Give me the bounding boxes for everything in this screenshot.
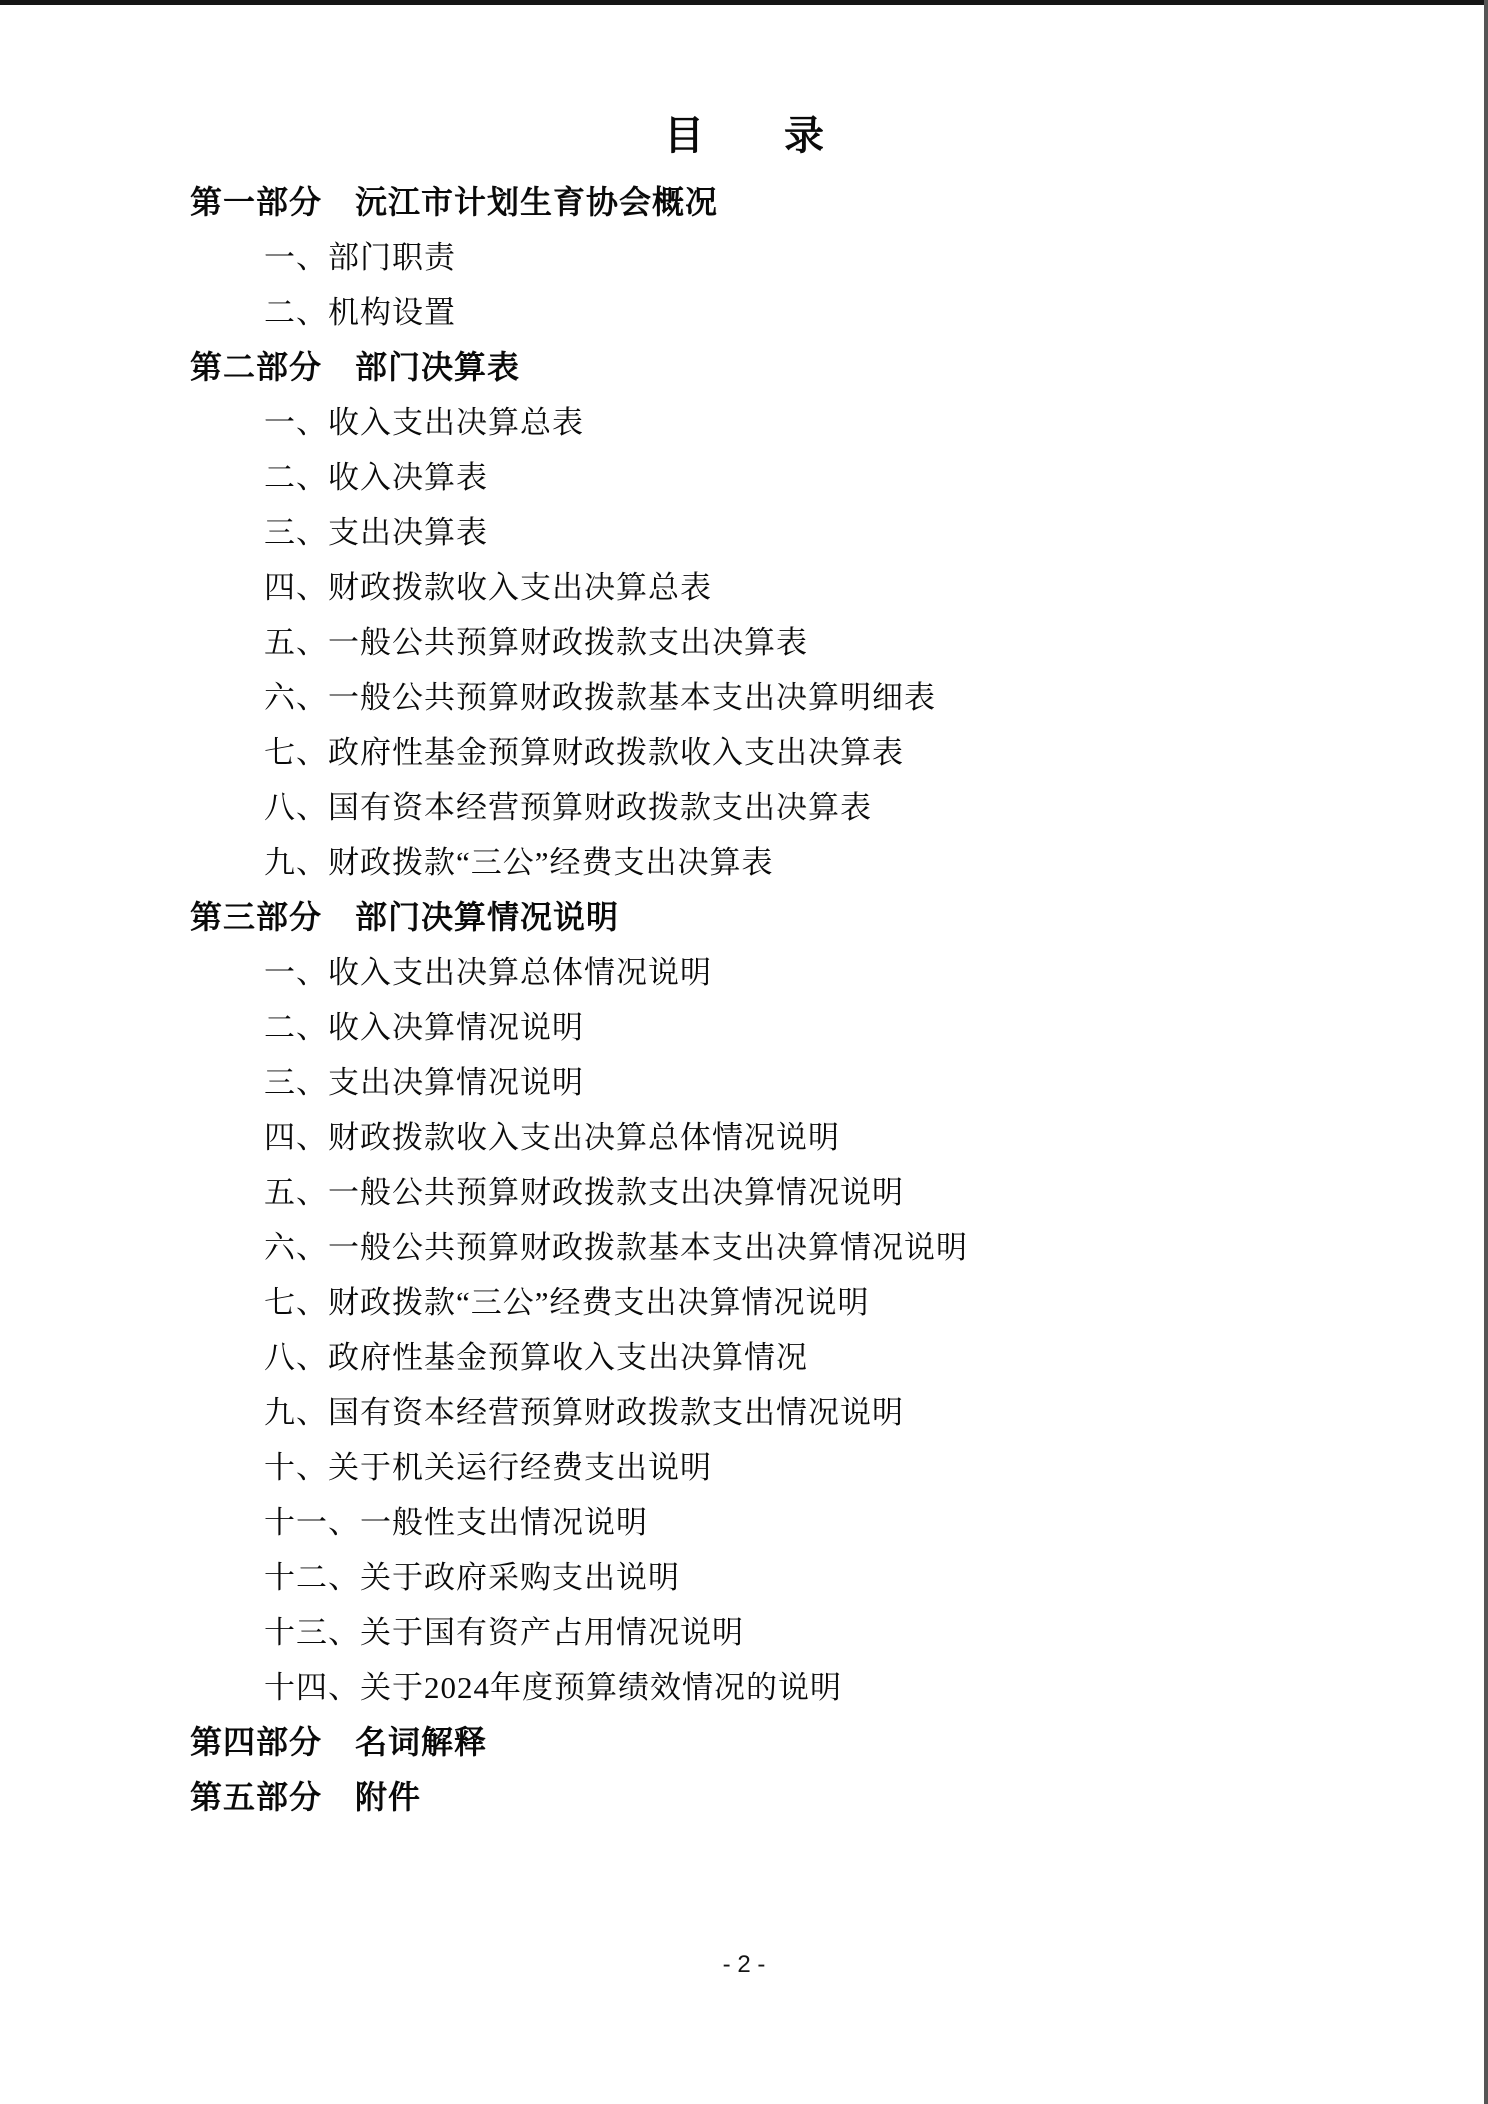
toc-item: 十四、关于2024年度预算绩效情况的说明 [0,1657,1488,1712]
section-heading-part5: 第五部分 附件 [0,1767,1488,1822]
toc-item: 一、收入支出决算总表 [0,392,1488,447]
viewer-top-edge [0,0,1488,5]
section-heading-part1: 第一部分 沅江市计划生育协会概况 [0,172,1488,227]
toc-item: 十三、关于国有资产占用情况说明 [0,1602,1488,1657]
toc-item: 六、一般公共预算财政拨款基本支出决算情况说明 [0,1217,1488,1272]
section-heading-part2: 第二部分 部门决算表 [0,337,1488,392]
toc-item: 十、关于机关运行经费支出说明 [0,1437,1488,1492]
page-number: - 2 - [0,1951,1488,1979]
section-heading-part3: 第三部分 部门决算情况说明 [0,887,1488,942]
toc-item: 二、收入决算情况说明 [0,997,1488,1052]
toc-item: 八、国有资本经营预算财政拨款支出决算表 [0,777,1488,832]
toc-item: 九、国有资本经营预算财政拨款支出情况说明 [0,1382,1488,1437]
toc-item: 八、政府性基金预算收入支出决算情况 [0,1327,1488,1382]
toc-item: 四、财政拨款收入支出决算总表 [0,557,1488,612]
toc-item: 三、支出决算表 [0,502,1488,557]
toc-item: 五、一般公共预算财政拨款支出决算表 [0,612,1488,667]
document-page: { "page": { "title": "目 录", "page_number… [0,0,1488,2104]
toc-item: 十一、一般性支出情况说明 [0,1492,1488,1547]
toc-item: 一、收入支出决算总体情况说明 [0,942,1488,997]
toc-item: 七、政府性基金预算财政拨款收入支出决算表 [0,722,1488,777]
toc-item: 二、机构设置 [0,282,1488,337]
section-heading-part4: 第四部分 名词解释 [0,1712,1488,1767]
toc-item: 二、收入决算表 [0,447,1488,502]
toc-item: 四、财政拨款收入支出决算总体情况说明 [0,1107,1488,1162]
toc-item: 七、财政拨款“三公”经费支出决算情况说明 [0,1272,1488,1327]
page-title: 目 录 [0,104,1488,161]
toc-item: 九、财政拨款“三公”经费支出决算表 [0,832,1488,887]
toc-item: 五、一般公共预算财政拨款支出决算情况说明 [0,1162,1488,1217]
toc-item: 一、部门职责 [0,227,1488,282]
toc-item: 三、支出决算情况说明 [0,1052,1488,1107]
table-of-contents: 第一部分 沅江市计划生育协会概况 一、部门职责 二、机构设置 第二部分 部门决算… [0,172,1488,1822]
toc-item: 十二、关于政府采购支出说明 [0,1547,1488,1602]
toc-item: 六、一般公共预算财政拨款基本支出决算明细表 [0,667,1488,722]
